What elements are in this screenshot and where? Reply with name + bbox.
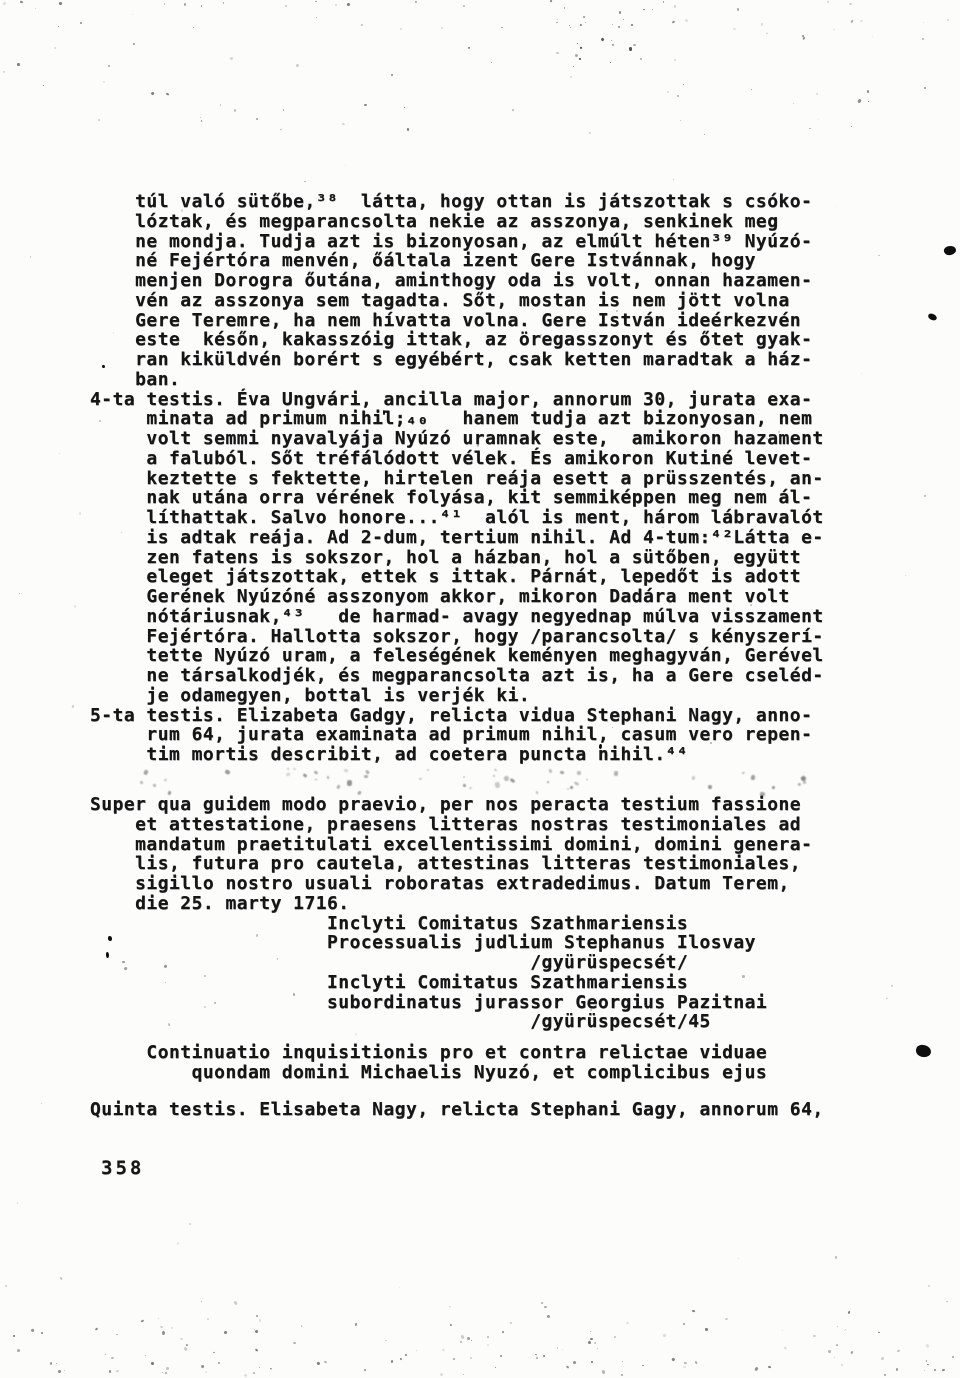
ink-speck [160,1326,163,1329]
ink-speck [233,109,236,113]
ink-speck [601,1369,605,1374]
ink-blob [916,1044,932,1057]
ink-speck [17,63,20,67]
ink-speck [105,1354,107,1356]
text-line: Super qua guidem modo praevio, per nos p… [90,795,812,815]
ink-speck [144,769,150,775]
ink-speck [841,1364,843,1366]
ink-speck [886,997,888,999]
ink-speck [50,1361,53,1364]
ink-speck [463,784,466,787]
ink-speck [449,1323,452,1326]
ink-speck [98,119,101,122]
ink-speck [344,768,348,772]
ink-speck [335,3,338,6]
ink-speck [301,1324,303,1326]
text-line: Continuatio inquisitionis pro et contra … [90,1043,767,1063]
ink-speck [569,786,572,790]
ink-speck [827,1350,830,1353]
ink-speck [550,0,553,3]
text-line: keztette s fektette, hirtelen reája eset… [90,469,824,489]
ink-speck [619,11,621,14]
ink-speck [162,1331,165,1335]
ink-speck [463,1374,465,1375]
ink-speck [385,1340,387,1341]
ink-speck [860,20,863,23]
ink-speck [151,91,155,95]
ink-speck [868,101,869,102]
ink-speck [613,1336,615,1338]
ink-speck [286,768,288,770]
ink-speck [577,43,578,45]
ink-speck [40,1332,42,1334]
text-line: ran kiküldvén borért s egyébért, csak ke… [90,350,824,370]
ink-speck [34,7,36,9]
ink-speck [284,4,287,7]
ink-speck [63,1370,64,1371]
ink-speck [296,64,299,68]
ink-speck [801,776,806,781]
ink-speck [337,785,342,790]
ink-speck [499,1355,502,1357]
ink-speck [925,1343,929,1347]
ink-speck [259,1367,260,1368]
ink-speck [827,0,829,2]
ink-speck [594,1341,597,1344]
ink-speck [405,1354,407,1356]
ink-speck [631,24,633,26]
text-line: ne társalkodjék, és megparancsolta azt i… [90,666,824,686]
text-line: minata ad primum nihil;₄₀ hanem tudja az… [90,409,824,429]
ink-speck [737,8,740,11]
text-line: is adtak reája. Ad 2-dum, tertium nihil.… [90,528,824,548]
ink-speck [751,775,756,781]
ink-speck [253,1329,255,1330]
ink-speck [280,129,282,131]
ink-speck [286,772,291,776]
ink-speck [391,74,394,77]
ink-speck [741,771,744,774]
ink-speck [923,22,925,24]
ink-speck [54,47,56,49]
ink-speck [835,206,836,207]
ink-speck [612,24,613,25]
text-line: die 25. marty 1716. [90,894,812,914]
ink-speck [109,1370,111,1373]
ink-speck [470,1340,472,1342]
ink-speck [672,1358,676,1362]
ink-speck [802,35,805,38]
ink-speck [283,109,285,111]
text-line: Gerének Nyúzóné asszonyom akkor, mikoron… [90,587,824,607]
ink-speck [546,1314,550,1318]
ink-speck [652,9,654,11]
ink-speck [165,1372,167,1374]
ink-speck [782,1330,783,1331]
ink-speck [510,1322,513,1325]
text-line: túl való sütőbe,³⁸ látta, hogy ottan is … [90,192,824,212]
quinta-testis-block: Quinta testis. Elisabeta Nagy, relicta S… [90,1100,824,1120]
ink-speck [315,0,318,2]
ink-speck [633,43,636,45]
ink-speck [564,7,566,9]
ink-speck [414,1,417,4]
ink-speck [626,1321,630,1324]
ink-speck [684,19,687,23]
text-line: Fejértóra. Hallotta sokszor, hogy /paran… [90,627,824,647]
ink-speck [494,781,500,788]
ink-speck [177,1242,180,1246]
ink-speck [342,122,345,125]
ink-speck [611,40,613,42]
ink-speck [703,134,704,135]
ink-speck [115,1334,117,1336]
ink-speck [162,1372,163,1373]
ink-speck [584,22,586,24]
ink-speck [946,1301,948,1303]
ink-speck [586,778,588,780]
ink-speck [344,164,347,167]
ink-speck [844,1330,845,1331]
ink-speck [674,4,676,7]
ink-speck [818,119,820,121]
ink-speck [589,1331,591,1333]
ink-speck [588,1340,592,1344]
text-line: subordinatus jurassor Georgius Pazitnai [90,993,812,1013]
page-number: 358 [101,1157,144,1179]
ink-speck [363,104,366,106]
ink-speck [30,256,32,258]
text-line: Gere Teremre, ha nem hívatta volna. Gere… [90,311,824,331]
text-line: et attestatione, praesens litteras nostr… [90,815,812,835]
ink-speck [793,103,794,104]
ink-speck [803,37,806,41]
ink-speck [922,38,925,40]
ink-speck [495,1366,496,1367]
ink-speck [189,1222,191,1224]
ink-speck [942,1368,946,1371]
ink-speck [3,70,6,73]
ink-speck [544,1306,547,1309]
ink-speck [884,1374,887,1377]
text-line: nótáriusnak,⁴³ de harmad- avagy negyedna… [90,607,824,627]
ink-speck [183,1347,187,1352]
text-line: je odamegyen, bottal is verjék ki. [90,686,824,706]
text-line: Inclyti Comitatus Szathmariensis [90,914,812,934]
ink-speck [460,1341,462,1343]
ink-speck [487,1344,489,1346]
ink-speck [487,1336,489,1338]
text-line: /gyürüspecsét/45 [90,1012,812,1032]
ink-speck [621,1374,624,1376]
ink-speck [218,1362,220,1364]
ink-speck [501,26,503,28]
ink-speck [244,1374,247,1377]
text-line: lóztak, és megparancsolta nekie az asszo… [90,212,824,232]
ink-speck [562,1349,564,1350]
ink-speck [16,1202,18,1204]
ink-speck [493,774,495,777]
ink-speck [419,3,421,4]
ink-speck [836,1326,837,1327]
ink-speck [462,776,465,778]
ink-speck [509,778,515,783]
ink-speck [17,1349,20,1352]
ink-speck [166,1367,169,1370]
text-line: volt semmi nyavalyája Nyúzó uramnak este… [90,429,824,449]
text-line: menjen Dorogra őutána, aminthogy oda is … [90,271,824,291]
ink-speck [316,17,317,18]
text-line: sigillo nostro usuali roboratas extraded… [90,874,812,894]
ink-speck [3,2,6,5]
ink-speck [548,769,553,774]
continuation-heading: Continuatio inquisitionis pro et contra … [90,1043,767,1083]
ink-speck [622,1361,624,1363]
text-line: líthattak. Salvo honore...⁴¹ alól is men… [90,508,824,528]
ink-speck [185,1344,188,1347]
ink-speck [60,1277,63,1280]
ink-speck [801,775,808,782]
ink-speck [415,1349,417,1351]
ink-speck [926,1360,928,1362]
ink-speck [835,1344,838,1347]
ink-speck [201,5,203,7]
ink-speck [461,1334,465,1338]
ink-speck [924,494,926,496]
ink-speck [365,770,370,775]
ink-speck [449,1305,451,1307]
ink-speck [674,58,676,60]
ink-speck [19,592,21,593]
ink-speck [347,780,352,786]
ink-speck [797,782,801,786]
ink-speck [643,9,645,11]
ink-speck [323,1360,327,1363]
text-line: né Fejértóra menvén, őáltala izent Gere … [90,251,824,271]
ink-speck [224,1331,228,1335]
ink-speck [570,76,572,78]
ink-speck [614,771,618,776]
ink-speck [222,2,224,4]
ink-speck [164,779,168,782]
text-line: vén az asszonya sem tagadta. Sőt, mostan… [90,291,824,311]
ink-speck [201,1301,203,1303]
ink-speck [580,47,582,49]
ink-speck [171,1327,174,1329]
ink-speck [610,62,611,63]
ink-speck [705,1328,708,1331]
ink-speck [407,128,410,131]
ink-speck [206,1318,208,1321]
ink-speck [662,1333,666,1337]
ink-speck [566,1365,570,1368]
ink-speck [164,3,166,5]
ink-speck [361,24,363,26]
ink-speck [59,1,62,5]
ink-speck [494,768,498,771]
ink-speck [30,1328,34,1331]
ink-speck [13,1335,15,1337]
ink-speck [924,1370,925,1371]
ink-speck [399,1287,401,1288]
ink-speck [270,1368,272,1370]
text-line: tette Nyúzó uram, a feleségének keményen… [90,646,824,666]
ink-speck [184,3,186,6]
ink-speck [327,776,329,779]
ink-speck [683,1366,686,1368]
ink-speck [503,775,510,782]
ink-speck [391,1360,394,1363]
ink-speck [364,1369,367,1372]
ink-speck [573,1361,577,1365]
ink-speck [849,3,852,6]
text-line: zen fatens is sokszor, hol a házban, hol… [90,548,824,568]
ink-speck [579,58,582,61]
ink-speck [733,28,736,30]
ink-speck [672,21,676,24]
text-line: mandatum praetitulati excellentissimi do… [90,835,812,855]
ink-speck [784,1346,787,1349]
ink-speck [639,58,642,60]
ink-speck [851,126,852,127]
ink-speck [364,775,368,778]
ink-speck [677,95,680,98]
ink-speck [622,19,623,21]
ink-speck [103,81,106,84]
ink-speck [313,770,318,774]
text-line: eleget játszottak, ettek s ittak. Párnát… [90,567,824,587]
ink-speck [878,254,880,256]
text-line: Inclyti Comitatus Szathmariensis [90,973,812,993]
ink-speck [896,1349,899,1352]
ink-speck [491,62,493,64]
ink-speck [419,778,422,781]
text-line: tim mortis describit, ad coetera puncta … [90,745,824,765]
ink-speck [905,574,906,575]
ink-speck [618,26,621,29]
ink-speck [952,1356,954,1359]
ink-speck [43,85,44,87]
ink-speck [765,32,767,34]
ink-speck [692,776,696,780]
ink-speck [141,1320,145,1323]
ink-speck [453,1358,456,1361]
ink-speck [200,120,202,122]
text-line: nak utána orra vérének folyása, kit semm… [90,488,824,508]
ink-speck [511,109,514,112]
ink-speck [302,773,307,778]
ink-speck [153,783,156,786]
ink-speck [463,4,466,7]
ink-speck [400,28,402,30]
ink-speck [108,64,111,67]
ink-speck [200,116,201,117]
ink-speck [557,19,558,20]
ink-speck [80,21,83,24]
ink-speck [847,1311,850,1315]
ink-speck [851,1351,854,1354]
ink-speck [871,36,873,38]
ink-speck [928,1285,930,1287]
ink-speck [354,1323,357,1326]
ink-speck [469,786,473,789]
ink-speck [569,25,571,26]
ink-speck [255,1329,259,1333]
ink-speck [5,1285,7,1287]
ink-speck [304,181,306,183]
ink-speck [582,15,585,18]
ink-speck [589,132,592,135]
ink-speck [574,54,578,58]
ink-speck [751,89,753,91]
ink-speck [439,1373,443,1377]
ink-speck [316,1362,320,1366]
ink-speck [867,89,870,93]
ink-speck [536,1357,539,1360]
ink-speck [73,604,76,607]
ink-speck [927,1364,929,1366]
ink-speck [580,24,582,26]
ink-speck [158,1318,160,1320]
ink-speck [442,1348,445,1351]
ink-speck [567,788,570,790]
ink-speck [934,1369,936,1372]
ink-speck [601,38,605,42]
text-line: rum 64, jurata examinata ad primum nihil… [90,725,824,745]
ink-speck [139,781,143,785]
ink-speck [834,1256,837,1259]
ink-speck [881,1357,884,1360]
ink-speck [41,1102,43,1104]
ink-speck [201,1364,205,1368]
ink-speck [597,1348,599,1349]
ink-speck [467,47,470,50]
ink-speck [857,98,861,103]
ink-speck [878,1332,880,1333]
ink-speck [946,18,949,21]
text-line: Quinta testis. Elisabeta Nagy, relicta S… [90,1099,824,1120]
ink-speck [683,84,684,85]
ink-speck [591,1361,594,1363]
ink-speck [213,1352,215,1354]
ink-speck [501,1331,504,1334]
ink-speck [132,14,134,15]
ink-speck [816,92,819,94]
ink-speck [192,26,194,28]
text-line: Processualis judlium Stephanus Ilosvay [90,933,812,953]
ink-speck [145,1355,146,1356]
ink-speck [56,1363,57,1364]
ink-speck [233,1301,237,1306]
ink-speck [809,128,811,129]
ink-speck [708,785,712,790]
ink-speck [772,785,776,789]
ink-speck [470,1357,472,1359]
ink-speck [813,1335,816,1338]
ink-speck [165,93,168,96]
ink-speck [404,106,406,108]
ink-speck [684,1362,687,1364]
ink-blob [943,245,957,257]
ink-speck [891,985,893,987]
ink-speck [399,1358,401,1360]
ink-speck [180,1338,184,1341]
ink-speck [662,1,663,3]
ink-speck [58,26,60,28]
scanned-document-page: túl való sütőbe,³⁸ látta, hogy ottan is … [0,0,960,1378]
text-line: a faluból. Sőt tréfálódott vélek. És ami… [90,449,824,469]
ink-speck [573,66,575,67]
